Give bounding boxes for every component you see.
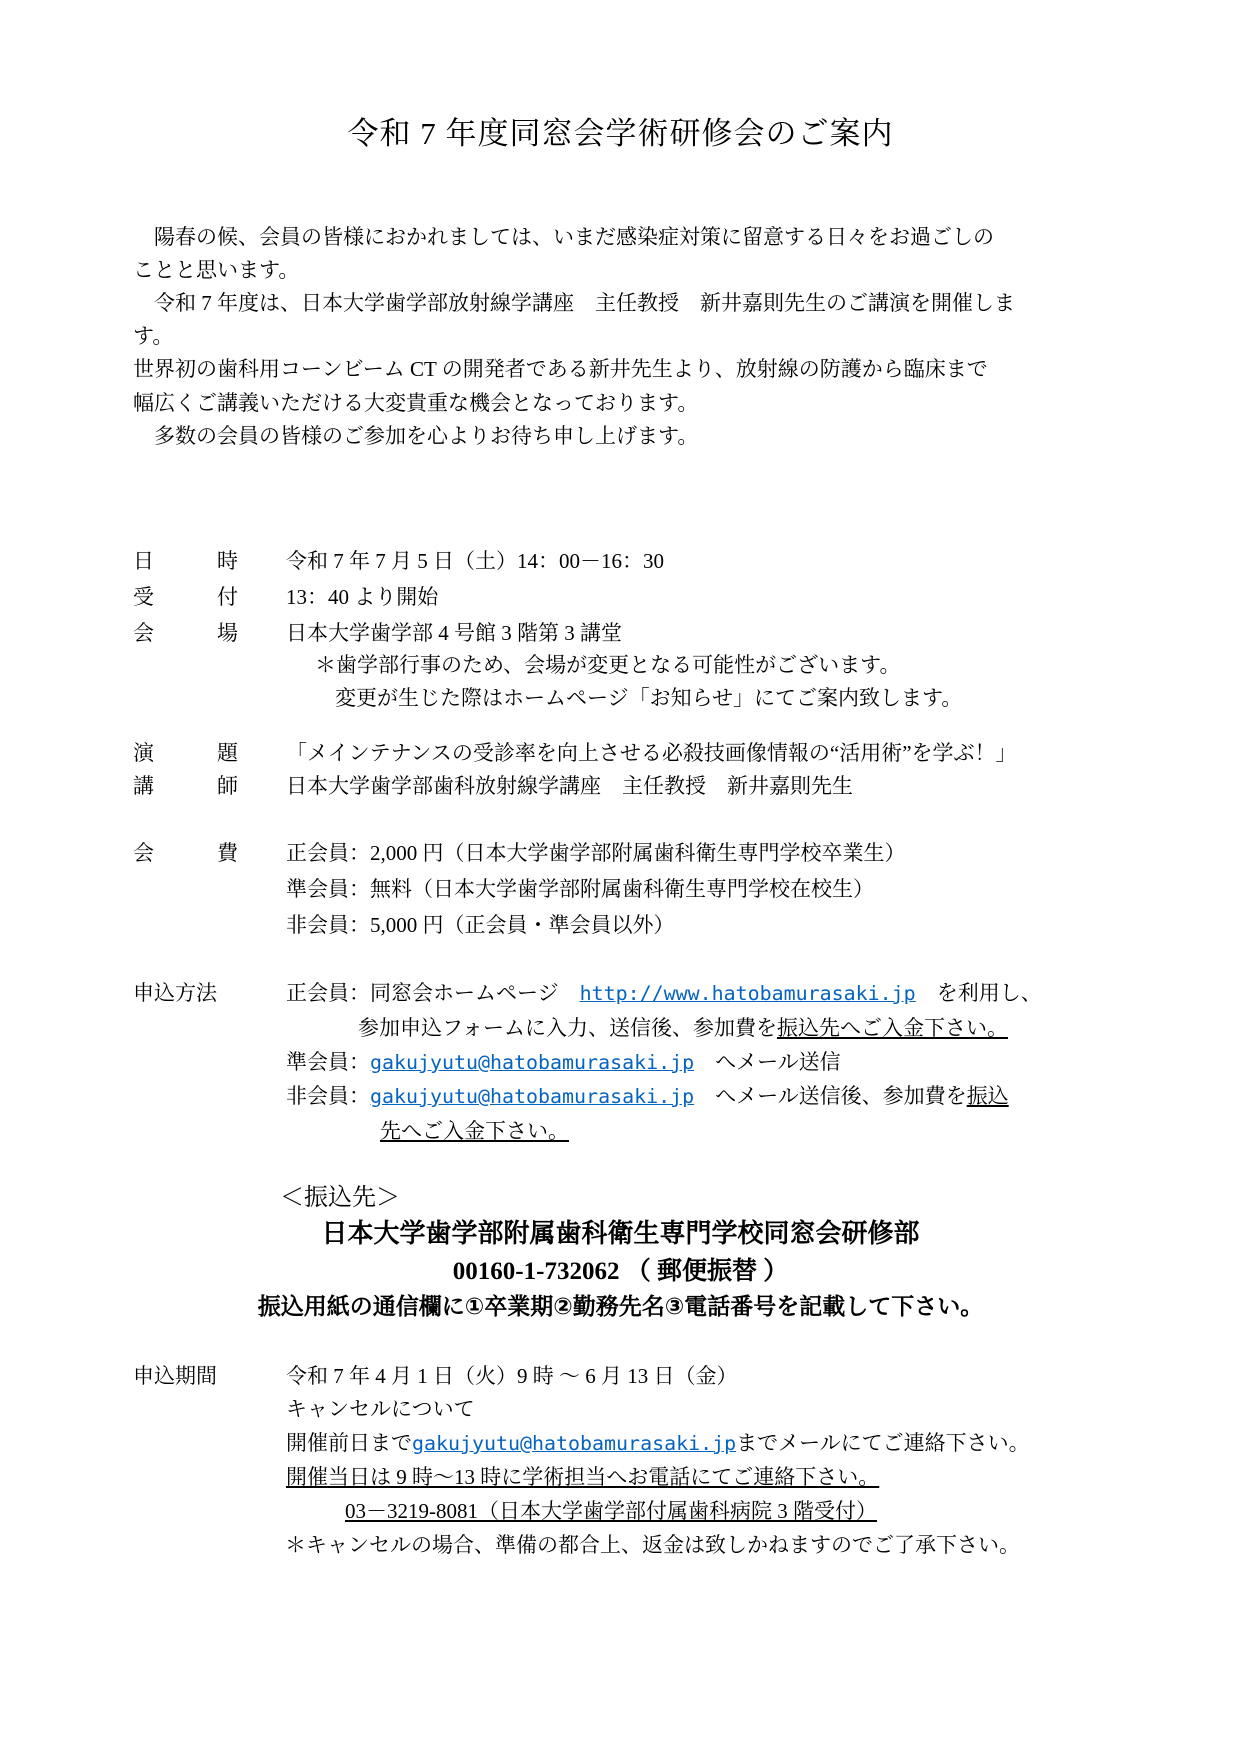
text-segment: ことと思います。 <box>133 258 299 282</box>
fee-associate-row: 準会員：無料（日本大学歯学部附属歯科衛生専門学校在校生） <box>286 876 874 902</box>
period-row-label: 申込期間 <box>133 1363 286 1389</box>
transfer-note-content: 振込用紙の通信欄に①卒業期②勤務先名③電話番号を記載して下さい。 <box>258 1293 983 1319</box>
transfer-heading-content: ＜振込先＞ <box>280 1183 400 1213</box>
text-segment: す。 <box>133 324 173 348</box>
text-segment: までメールにてご連絡下さい。 <box>736 1431 1030 1455</box>
document-page: 令和 7 年度同窓会学術研修会のご案内 陽春の候、会員の皆様におかれましては、い… <box>0 0 1241 1755</box>
greeting-line-2: ことと思います。 <box>133 257 299 283</box>
hyperlink[interactable]: gakujyutu@hatobamurasaki.jp <box>370 1084 694 1108</box>
text-segment: 令和 7 年 7 月 5 日（土）14：00－16：30 <box>286 549 664 573</box>
lecture-title-row: 演 題「メインテナンスの受診率を向上させる必殺技画像情報の“活用術”を学ぶ！」 <box>133 740 1017 766</box>
fee-nonmember-row-content: 非会員：5,000 円（正会員・準会員以外） <box>286 912 675 938</box>
text-segment: 00160-1-732062 （ 郵便振替 ） <box>453 1258 788 1285</box>
greeting-line-4: す。 <box>133 323 173 349</box>
apply-regular-line-2-content: 参加申込フォームに入力、送信後、参加費を振込先へご入金下さい。 <box>358 1015 1008 1041</box>
fee-regular-row-label: 会 費 <box>133 840 286 866</box>
greeting-line-2-content: ことと思います。 <box>133 257 299 283</box>
apply-regular-row-label: 申込方法 <box>133 980 286 1006</box>
text-segment: 日本大学歯学部 4 号館 3 階第 3 講堂 <box>286 621 622 645</box>
transfer-account-name: 日本大学歯学部附属歯科衛生専門学校同窓会研修部 <box>133 1218 1108 1251</box>
text-segment: 振込用紙の通信欄に①卒業期②勤務先名③電話番号を記載して下さい。 <box>258 1293 983 1319</box>
greeting-line-7: 多数の会員の皆様のご参加を心よりお待ち申し上げます。 <box>133 423 698 449</box>
underlined-text: 振込 <box>967 1084 1009 1108</box>
hyperlink[interactable]: gakujyutu@hatobamurasaki.jp <box>412 1431 736 1455</box>
cancel-line-1-content: 開催前日までgakujyutu@hatobamurasaki.jpまでメールにて… <box>286 1430 1030 1456</box>
text-segment: へメール送信後、参加費を <box>694 1084 967 1108</box>
underlined-text: 振込先へご入金下さい。 <box>777 1016 1008 1040</box>
cancel-heading: キャンセルについて <box>286 1396 475 1422</box>
greeting-line-3: 令和 7 年度は、日本大学歯学部放射線学講座 主任教授 新井嘉則先生のご講演を開… <box>133 290 1015 316</box>
datetime-row: 日 時令和 7 年 7 月 5 日（土）14：00－16：30 <box>133 548 664 574</box>
venue-row: 会 場日本大学歯学部 4 号館 3 階第 3 講堂 <box>133 620 622 646</box>
transfer-account-name-content: 日本大学歯学部附属歯科衛生専門学校同窓会研修部 <box>321 1219 919 1248</box>
greeting-line-5-content: 世界初の歯科用コーンビーム CT の開発者である新井先生より、放射線の防護から臨… <box>133 356 988 382</box>
lecture-title-row-label: 演 題 <box>133 740 286 766</box>
venue-row-content: 日本大学歯学部 4 号館 3 階第 3 講堂 <box>286 620 622 646</box>
period-row: 申込期間令和 7 年 4 月 1 日（火）9 時 ～ 6 月 13 日（金） <box>133 1363 738 1389</box>
text-segment: 令和 7 年 4 月 1 日（火）9 時 ～ 6 月 13 日（金） <box>286 1364 738 1388</box>
text-segment: 正会員：2,000 円（日本大学歯学部附属歯科衛生専門学校卒業生） <box>286 841 906 865</box>
venue-note-2: 変更が生じた際はホームページ「お知らせ」にてご案内致します。 <box>335 685 962 711</box>
document-title: 令和 7 年度同窓会学術研修会のご案内 <box>0 108 1241 153</box>
apply-associate-row: 準会員：gakujyutu@hatobamurasaki.jp へメール送信 <box>286 1049 841 1075</box>
text-segment: 幅広くご講義いただける大変貴重な機会となっております。 <box>133 391 698 415</box>
text-segment: 「メインテナンスの受診率を向上させる必殺技画像情報の“活用術”を学ぶ！」 <box>286 741 1017 765</box>
text-segment: ＊キャンセルの場合、準備の都合上、返金は致しかねますのでご了承下さい。 <box>285 1533 1020 1557</box>
apply-regular-row-content: 正会員：同窓会ホームページ http://www.hatobamurasaki.… <box>286 980 1042 1006</box>
lecturer-row: 講 師日本大学歯学部歯科放射線学講座 主任教授 新井嘉則先生 <box>133 773 853 799</box>
text-segment: 準会員：無料（日本大学歯学部附属歯科衛生専門学校在校生） <box>286 877 874 901</box>
cancel-note: ＊キャンセルの場合、準備の都合上、返金は致しかねますのでご了承下さい。 <box>285 1532 1020 1558</box>
datetime-row-content: 令和 7 年 7 月 5 日（土）14：00－16：30 <box>286 548 664 574</box>
text-segment: 開催前日まで <box>286 1431 412 1455</box>
text-segment: 正会員：同窓会ホームページ <box>286 981 580 1005</box>
underlined-text: 開催当日は 9 時～13 時に学術担当へお電話にてご連絡下さい。 <box>286 1465 879 1489</box>
greeting-line-3-content: 令和 7 年度は、日本大学歯学部放射線学講座 主任教授 新井嘉則先生のご講演を開… <box>133 290 1015 316</box>
reception-row: 受 付13：40 より開始 <box>133 584 438 610</box>
venue-note-1-content: ＊歯学部行事のため、会場が変更となる可能性がございます。 <box>315 652 900 678</box>
apply-nonmember-line-2: 先へご入金下さい。 <box>380 1118 569 1144</box>
cancel-line-2: 開催当日は 9 時～13 時に学術担当へお電話にてご連絡下さい。 <box>286 1464 879 1490</box>
apply-nonmember-row: 非会員：gakujyutu@hatobamurasaki.jp へメール送信後、… <box>286 1083 1009 1109</box>
venue-note-2-content: 変更が生じた際はホームページ「お知らせ」にてご案内致します。 <box>335 685 962 711</box>
text-segment: 令和 7 年度は、日本大学歯学部放射線学講座 主任教授 新井嘉則先生のご講演を開… <box>133 291 1015 315</box>
transfer-account-number: 00160-1-732062 （ 郵便振替 ） <box>133 1256 1108 1287</box>
underlined-text: 03－3219-8081（日本大学歯学部付属歯科病院 3 階受付） <box>345 1499 877 1523</box>
text-segment: ＊歯学部行事のため、会場が変更となる可能性がございます。 <box>315 653 900 677</box>
greeting-line-4-content: す。 <box>133 323 173 349</box>
text-segment: ＜振込先＞ <box>280 1185 400 1211</box>
text-segment: 日本大学歯学部附属歯科衛生専門学校同窓会研修部 <box>321 1219 919 1248</box>
cancel-note-content: ＊キャンセルの場合、準備の都合上、返金は致しかねますのでご了承下さい。 <box>285 1532 1020 1558</box>
text-segment: 多数の会員の皆様のご参加を心よりお待ち申し上げます。 <box>133 424 698 448</box>
hyperlink[interactable]: gakujyutu@hatobamurasaki.jp <box>370 1050 694 1074</box>
text-segment: 非会員： <box>286 1084 370 1108</box>
fee-regular-row: 会 費正会員：2,000 円（日本大学歯学部附属歯科衛生専門学校卒業生） <box>133 840 906 866</box>
cancel-line-1: 開催前日までgakujyutu@hatobamurasaki.jpまでメールにて… <box>286 1430 1030 1456</box>
text-segment: 準会員： <box>286 1050 370 1074</box>
cancel-line-2-content: 開催当日は 9 時～13 時に学術担当へお電話にてご連絡下さい。 <box>286 1464 879 1490</box>
greeting-line-6-content: 幅広くご講義いただける大変貴重な機会となっております。 <box>133 390 698 416</box>
text-segment: 13：40 より開始 <box>286 585 438 609</box>
lecturer-row-label: 講 師 <box>133 773 286 799</box>
text-segment: 変更が生じた際はホームページ「お知らせ」にてご案内致します。 <box>335 686 962 710</box>
fee-regular-row-content: 正会員：2,000 円（日本大学歯学部附属歯科衛生専門学校卒業生） <box>286 840 906 866</box>
apply-nonmember-line-2-content: 先へご入金下さい。 <box>380 1118 569 1144</box>
venue-note-1: ＊歯学部行事のため、会場が変更となる可能性がございます。 <box>315 652 900 678</box>
datetime-row-label: 日 時 <box>133 548 286 574</box>
text-segment: 非会員：5,000 円（正会員・準会員以外） <box>286 913 675 937</box>
apply-regular-row: 申込方法正会員：同窓会ホームページ http://www.hatobamuras… <box>133 980 1042 1006</box>
fee-associate-row-content: 準会員：無料（日本大学歯学部附属歯科衛生専門学校在校生） <box>286 876 874 902</box>
cancel-phone: 03－3219-8081（日本大学歯学部付属歯科病院 3 階受付） <box>345 1498 877 1524</box>
greeting-line-6: 幅広くご講義いただける大変貴重な機会となっております。 <box>133 390 698 416</box>
reception-row-label: 受 付 <box>133 584 286 610</box>
text-segment: 参加申込フォームに入力、送信後、参加費を <box>358 1016 777 1040</box>
text-segment: 陽春の候、会員の皆様におかれましては、いまだ感染症対策に留意する日々をお過ごしの <box>133 225 994 249</box>
greeting-line-5: 世界初の歯科用コーンビーム CT の開発者である新井先生より、放射線の防護から臨… <box>133 356 988 382</box>
greeting-line-1-content: 陽春の候、会員の皆様におかれましては、いまだ感染症対策に留意する日々をお過ごしの <box>133 224 994 250</box>
lecture-title-row-content: 「メインテナンスの受診率を向上させる必殺技画像情報の“活用術”を学ぶ！」 <box>286 740 1017 766</box>
apply-associate-row-content: 準会員：gakujyutu@hatobamurasaki.jp へメール送信 <box>286 1049 841 1075</box>
greeting-line-7-content: 多数の会員の皆様のご参加を心よりお待ち申し上げます。 <box>133 423 698 449</box>
lecturer-row-content: 日本大学歯学部歯科放射線学講座 主任教授 新井嘉則先生 <box>286 773 853 799</box>
text-segment: 日本大学歯学部歯科放射線学講座 主任教授 新井嘉則先生 <box>286 774 853 798</box>
apply-nonmember-row-content: 非会員：gakujyutu@hatobamurasaki.jp へメール送信後、… <box>286 1083 1009 1109</box>
underlined-text: 先へご入金下さい。 <box>380 1119 569 1143</box>
hyperlink[interactable]: http://www.hatobamurasaki.jp <box>580 981 916 1005</box>
transfer-heading: ＜振込先＞ <box>280 1183 400 1213</box>
cancel-heading-content: キャンセルについて <box>286 1396 475 1422</box>
apply-regular-line-2: 参加申込フォームに入力、送信後、参加費を振込先へご入金下さい。 <box>358 1015 1008 1041</box>
period-row-content: 令和 7 年 4 月 1 日（火）9 時 ～ 6 月 13 日（金） <box>286 1363 738 1389</box>
text-segment: 世界初の歯科用コーンビーム CT の開発者である新井先生より、放射線の防護から臨… <box>133 357 988 381</box>
fee-nonmember-row: 非会員：5,000 円（正会員・準会員以外） <box>286 912 675 938</box>
text-segment: へメール送信 <box>694 1050 841 1074</box>
greeting-line-1: 陽春の候、会員の皆様におかれましては、いまだ感染症対策に留意する日々をお過ごしの <box>133 224 994 250</box>
text-segment: キャンセルについて <box>286 1397 475 1421</box>
cancel-phone-content: 03－3219-8081（日本大学歯学部付属歯科病院 3 階受付） <box>345 1498 877 1524</box>
text-segment: を利用し、 <box>916 981 1042 1005</box>
reception-row-content: 13：40 より開始 <box>286 584 438 610</box>
transfer-account-number-content: 00160-1-732062 （ 郵便振替 ） <box>453 1258 788 1285</box>
venue-row-label: 会 場 <box>133 620 286 646</box>
transfer-note: 振込用紙の通信欄に①卒業期②勤務先名③電話番号を記載して下さい。 <box>133 1292 1108 1321</box>
